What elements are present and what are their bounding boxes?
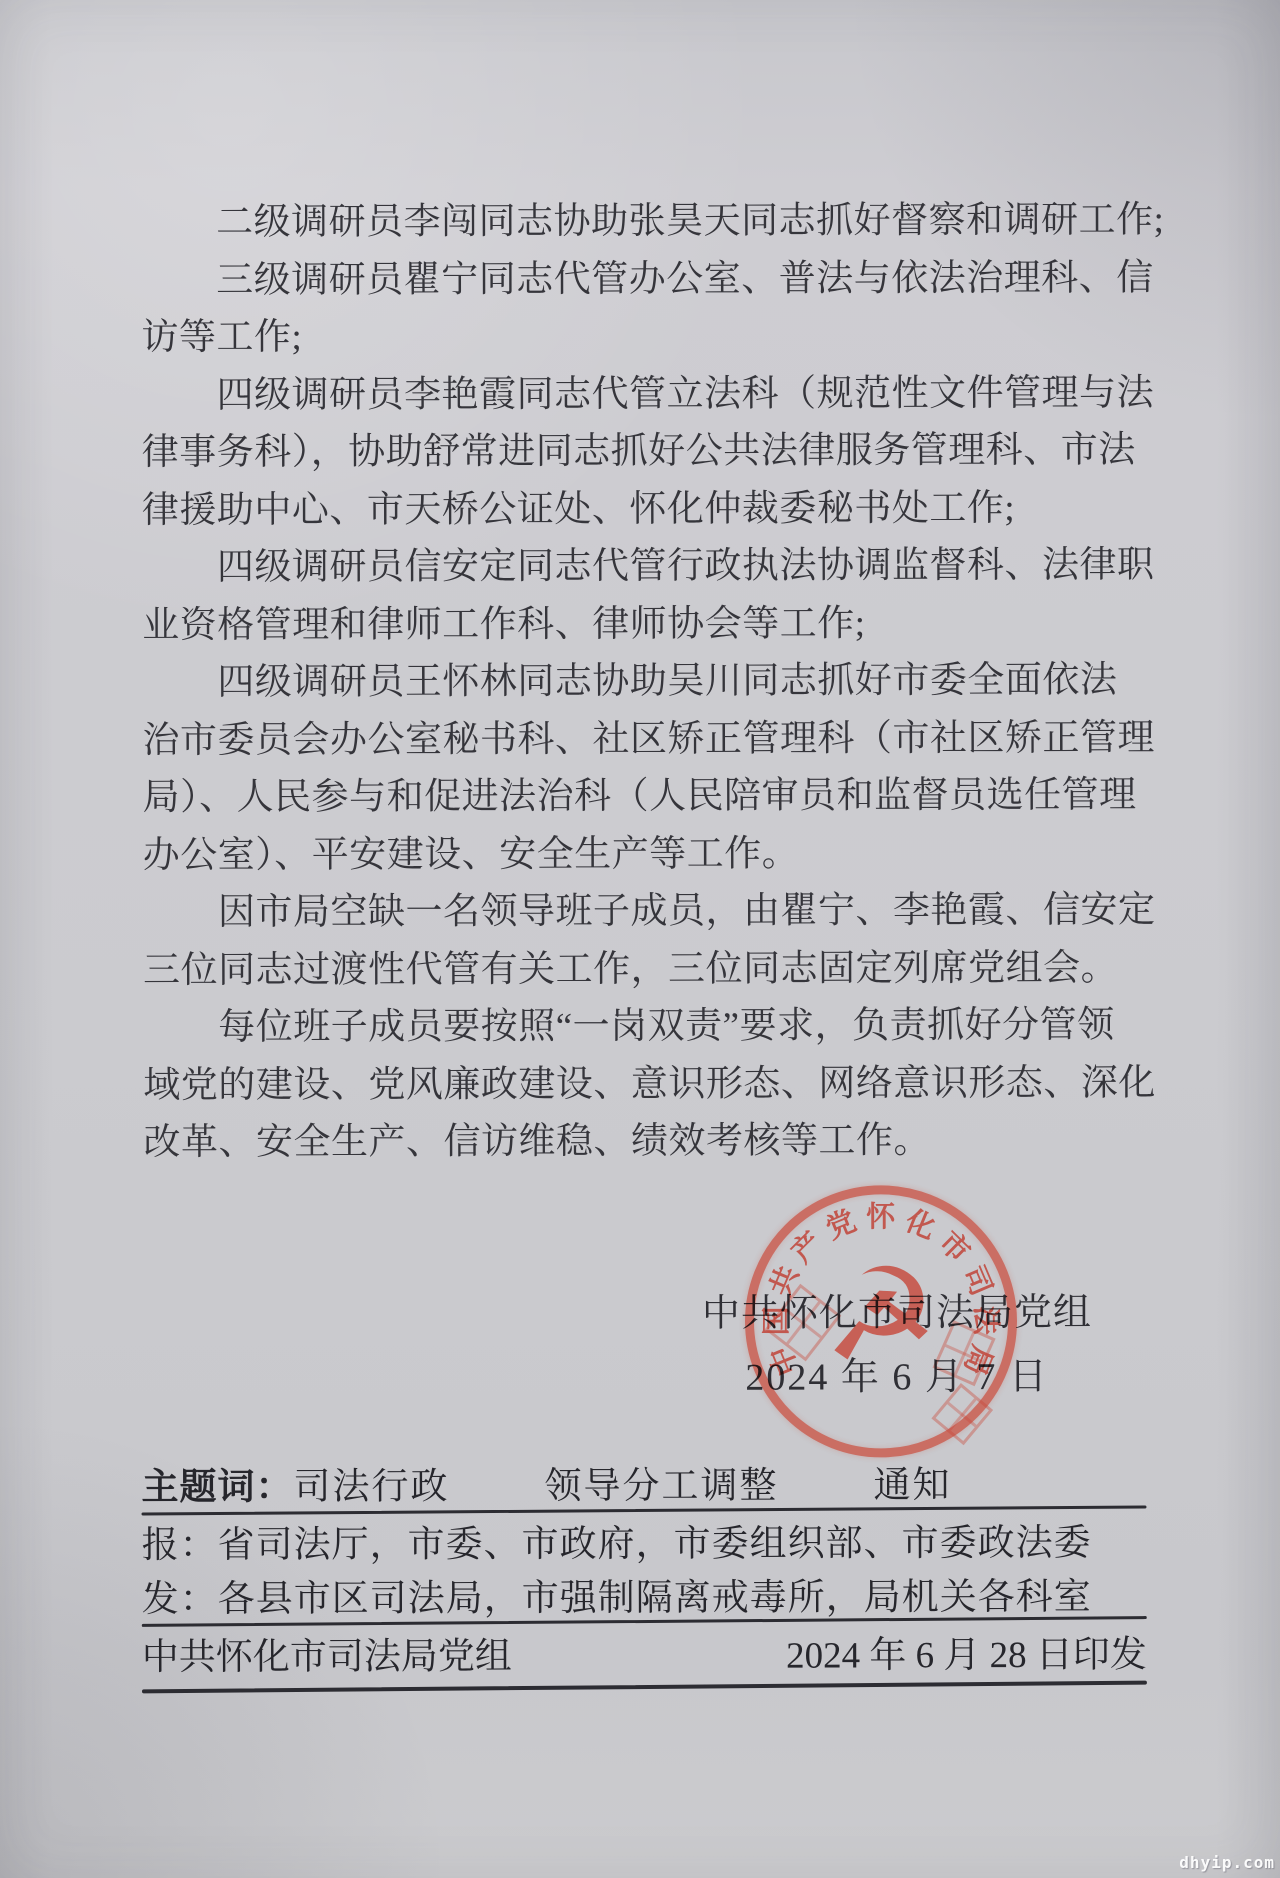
document-body-line: 每位班子成员要按照“一岗双责”要求，负责抓好分管领	[143, 997, 1153, 1057]
subject-terms: 司法行政领导分工调整通知	[293, 1465, 951, 1508]
document-body: 二级调研员李闯同志协助张昊天同志抓好督察和调研工作;三级调研员瞿宁同志代管办公室…	[141, 192, 1154, 1172]
report-to-row: 报：省司法厅，市委、市政府，市委组织部、市委政法委	[142, 1519, 1147, 1572]
document-body-line: 访等工作;	[141, 307, 1151, 367]
subject-keywords-row: 主题词：司法行政领导分工调整通知	[141, 1461, 1146, 1512]
subject-term: 通知	[873, 1465, 951, 1506]
document-body-line: 四级调研员王怀林同志协助吴川同志抓好市委全面依法	[142, 652, 1152, 712]
print-date: 2024 年 6 月 28 日印发	[786, 1630, 1147, 1683]
subject-term: 司法行政	[293, 1467, 449, 1508]
document-body-line: 三级调研员瞿宁同志代管办公室、普法与依法治理科、信	[141, 249, 1151, 309]
document-body-line: 四级调研员信安定同志代管行政执法协调监督科、法律职	[142, 537, 1152, 597]
print-info-row: 中共怀化市司法局党组 2024 年 6 月 28 日印发	[142, 1630, 1147, 1685]
document-body-line: 律事务科），协助舒常进同志抓好公共法律服务管理科、市法	[142, 422, 1152, 482]
document-body-line: 办公室）、平安建设、安全生产等工作。	[143, 824, 1153, 884]
document-page: 二级调研员李闯同志协助张昊天同志抓好督察和调研工作;三级调研员瞿宁同志代管办公室…	[0, 0, 1280, 1878]
document-body-line: 改革、安全生产、信访维稳、绩效考核等工作。	[143, 1112, 1153, 1172]
document-body-line: 局）、人民参与和促进法治科（人民陪审员和监督员选任管理	[143, 767, 1153, 827]
document-content: 二级调研员李闯同志协助张昊天同志抓好督察和调研工作;三级调研员瞿宁同志代管办公室…	[0, 0, 1280, 1878]
seal-arc-char: 怀	[865, 1201, 897, 1233]
document-body-line: 治市委员会办公室秘书科、社区矫正管理科（市社区矫正管理	[142, 709, 1152, 769]
subject-label: 主题词：	[141, 1466, 293, 1507]
printer-org: 中共怀化市司法局党组	[142, 1631, 512, 1684]
subject-term: 领导分工调整	[544, 1466, 778, 1508]
document-body-line: 因市局空缺一名领导班子成员，由瞿宁、李艳霞、信安定	[143, 882, 1153, 942]
watermark: dhyip.com	[1179, 1853, 1275, 1872]
document-body-line: 三位同志过渡性代管有关工作，三位同志固定列席党组会。	[143, 939, 1153, 999]
document-body-line: 四级调研员李艳霞同志代管立法科（规范性文件管理与法	[142, 364, 1152, 424]
document-body-line: 域党的建设、党风廉政建设、意识形态、网络意识形态、深化	[143, 1054, 1153, 1114]
document-body-line: 业资格管理和律师工作科、律师协会等工作;	[142, 594, 1152, 654]
document-body-line: 律援助中心、市天桥公证处、怀化仲裁委秘书处工作;	[142, 479, 1152, 539]
official-seal: 中国共产党怀化市司法局 ☭	[745, 1185, 1018, 1458]
document-body-line: 二级调研员李闯同志协助张昊天同志抓好督察和调研工作;	[141, 192, 1151, 252]
